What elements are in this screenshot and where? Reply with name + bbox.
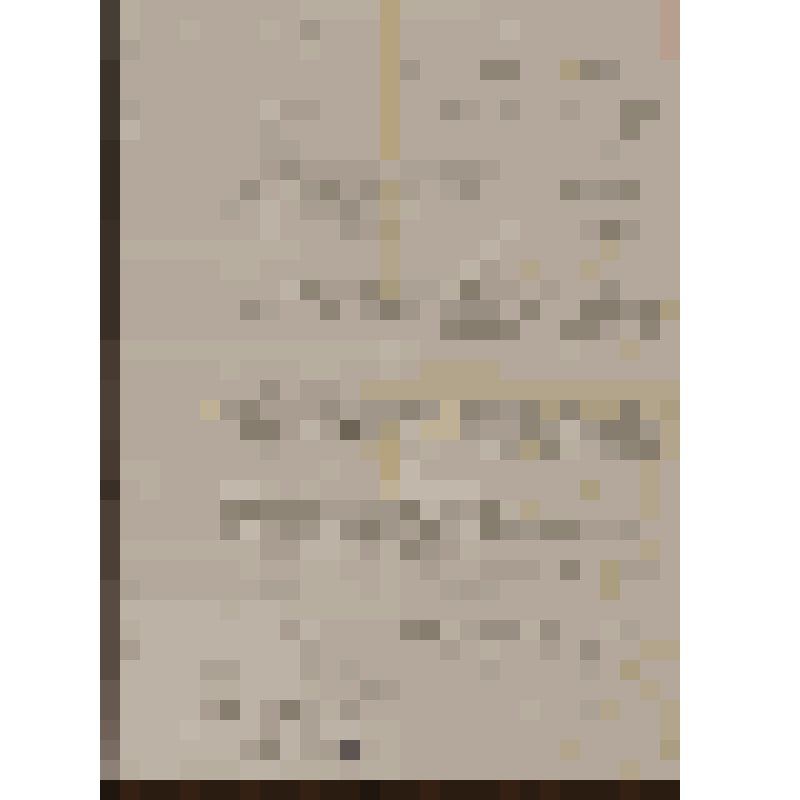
pixel-mosaic-grid: [0, 0, 800, 800]
photo-of-old-letter: [0, 0, 800, 800]
